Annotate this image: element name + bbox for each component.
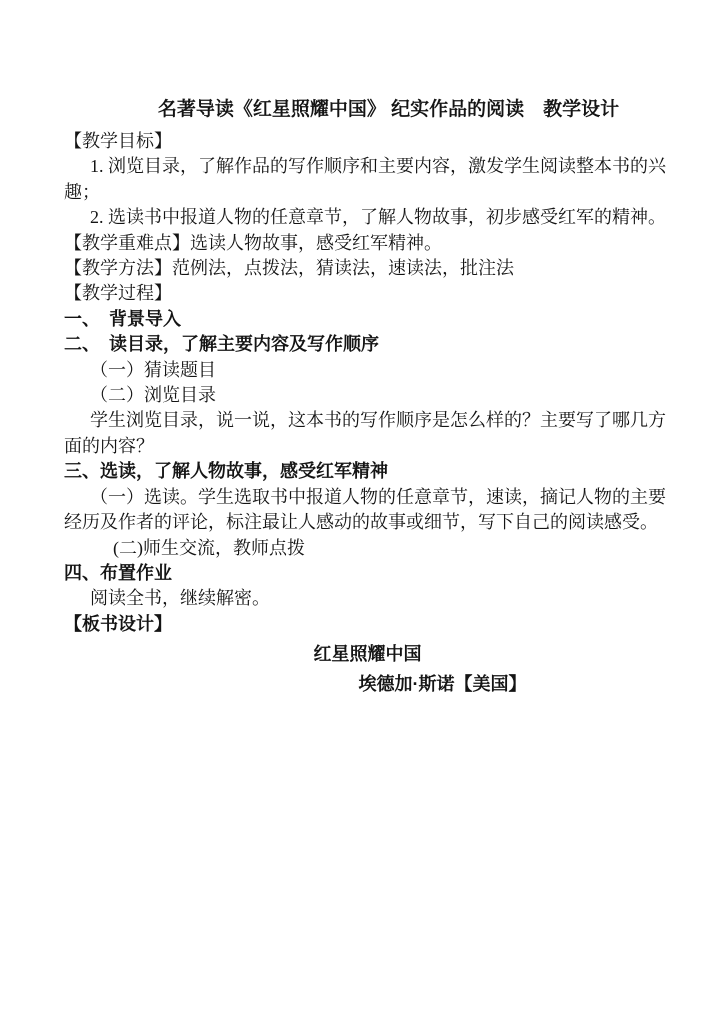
board-author: 埃德加·斯诺【美国】: [64, 672, 671, 697]
goal-item-1-continuation: 趣；: [64, 180, 671, 205]
doc-title: 名著导读《红星照耀中国》 纪实作品的阅读 教学设计: [64, 97, 671, 123]
step-3-1-selective-reading: （一）选读。学生选取书中报道人物的任意章节，速读，摘记人物的主要: [64, 485, 671, 510]
heading-key-difficult-points: 【教学重难点】选读人物故事，感受红军精神。: [64, 231, 671, 256]
section-1-background-intro: 一、 背景导入: [64, 307, 671, 332]
para-student-browse: 学生浏览目录，说一说，这本书的写作顺序是怎么样的？主要写了哪几方: [64, 408, 671, 433]
section-4-assign-homework: 四、布置作业: [64, 561, 671, 586]
section-3-selective-reading: 三、选读，了解人物故事，感受红军精神: [64, 459, 671, 484]
step-2-2-browse-catalog: （二）浏览目录: [64, 383, 671, 408]
heading-teaching-goals: 【教学目标】: [64, 129, 671, 154]
step-3-1-continuation: 经历及作者的评论，标注最让人感动的故事或细节，写下自己的阅读感受。: [64, 510, 671, 535]
document-page: 名著导读《红星照耀中国》 纪实作品的阅读 教学设计 【教学目标】 1. 浏览目录…: [0, 0, 725, 1024]
board-book-title: 红星照耀中国: [64, 642, 671, 667]
step-3-2-teacher-guidance: (二)师生交流，教师点拨: [64, 536, 671, 561]
para-homework: 阅读全书，继续解密。: [64, 586, 671, 611]
goal-item-1: 1. 浏览目录，了解作品的写作顺序和主要内容，激发学生阅读整本书的兴: [64, 154, 671, 179]
para-student-browse-continuation: 面的内容？: [64, 434, 671, 459]
heading-teaching-methods: 【教学方法】范例法，点拨法，猜读法，速读法，批注法: [64, 256, 671, 281]
step-2-1-guess-title: （一）猜读题目: [64, 358, 671, 383]
heading-teaching-process: 【教学过程】: [64, 281, 671, 306]
heading-board-design: 【板书设计】: [64, 612, 671, 637]
goal-item-2: 2. 选读书中报道人物的任意章节，了解人物故事，初步感受红军的精神。: [64, 205, 671, 230]
section-2-read-catalog: 二、 读目录，了解主要内容及写作顺序: [64, 332, 671, 357]
